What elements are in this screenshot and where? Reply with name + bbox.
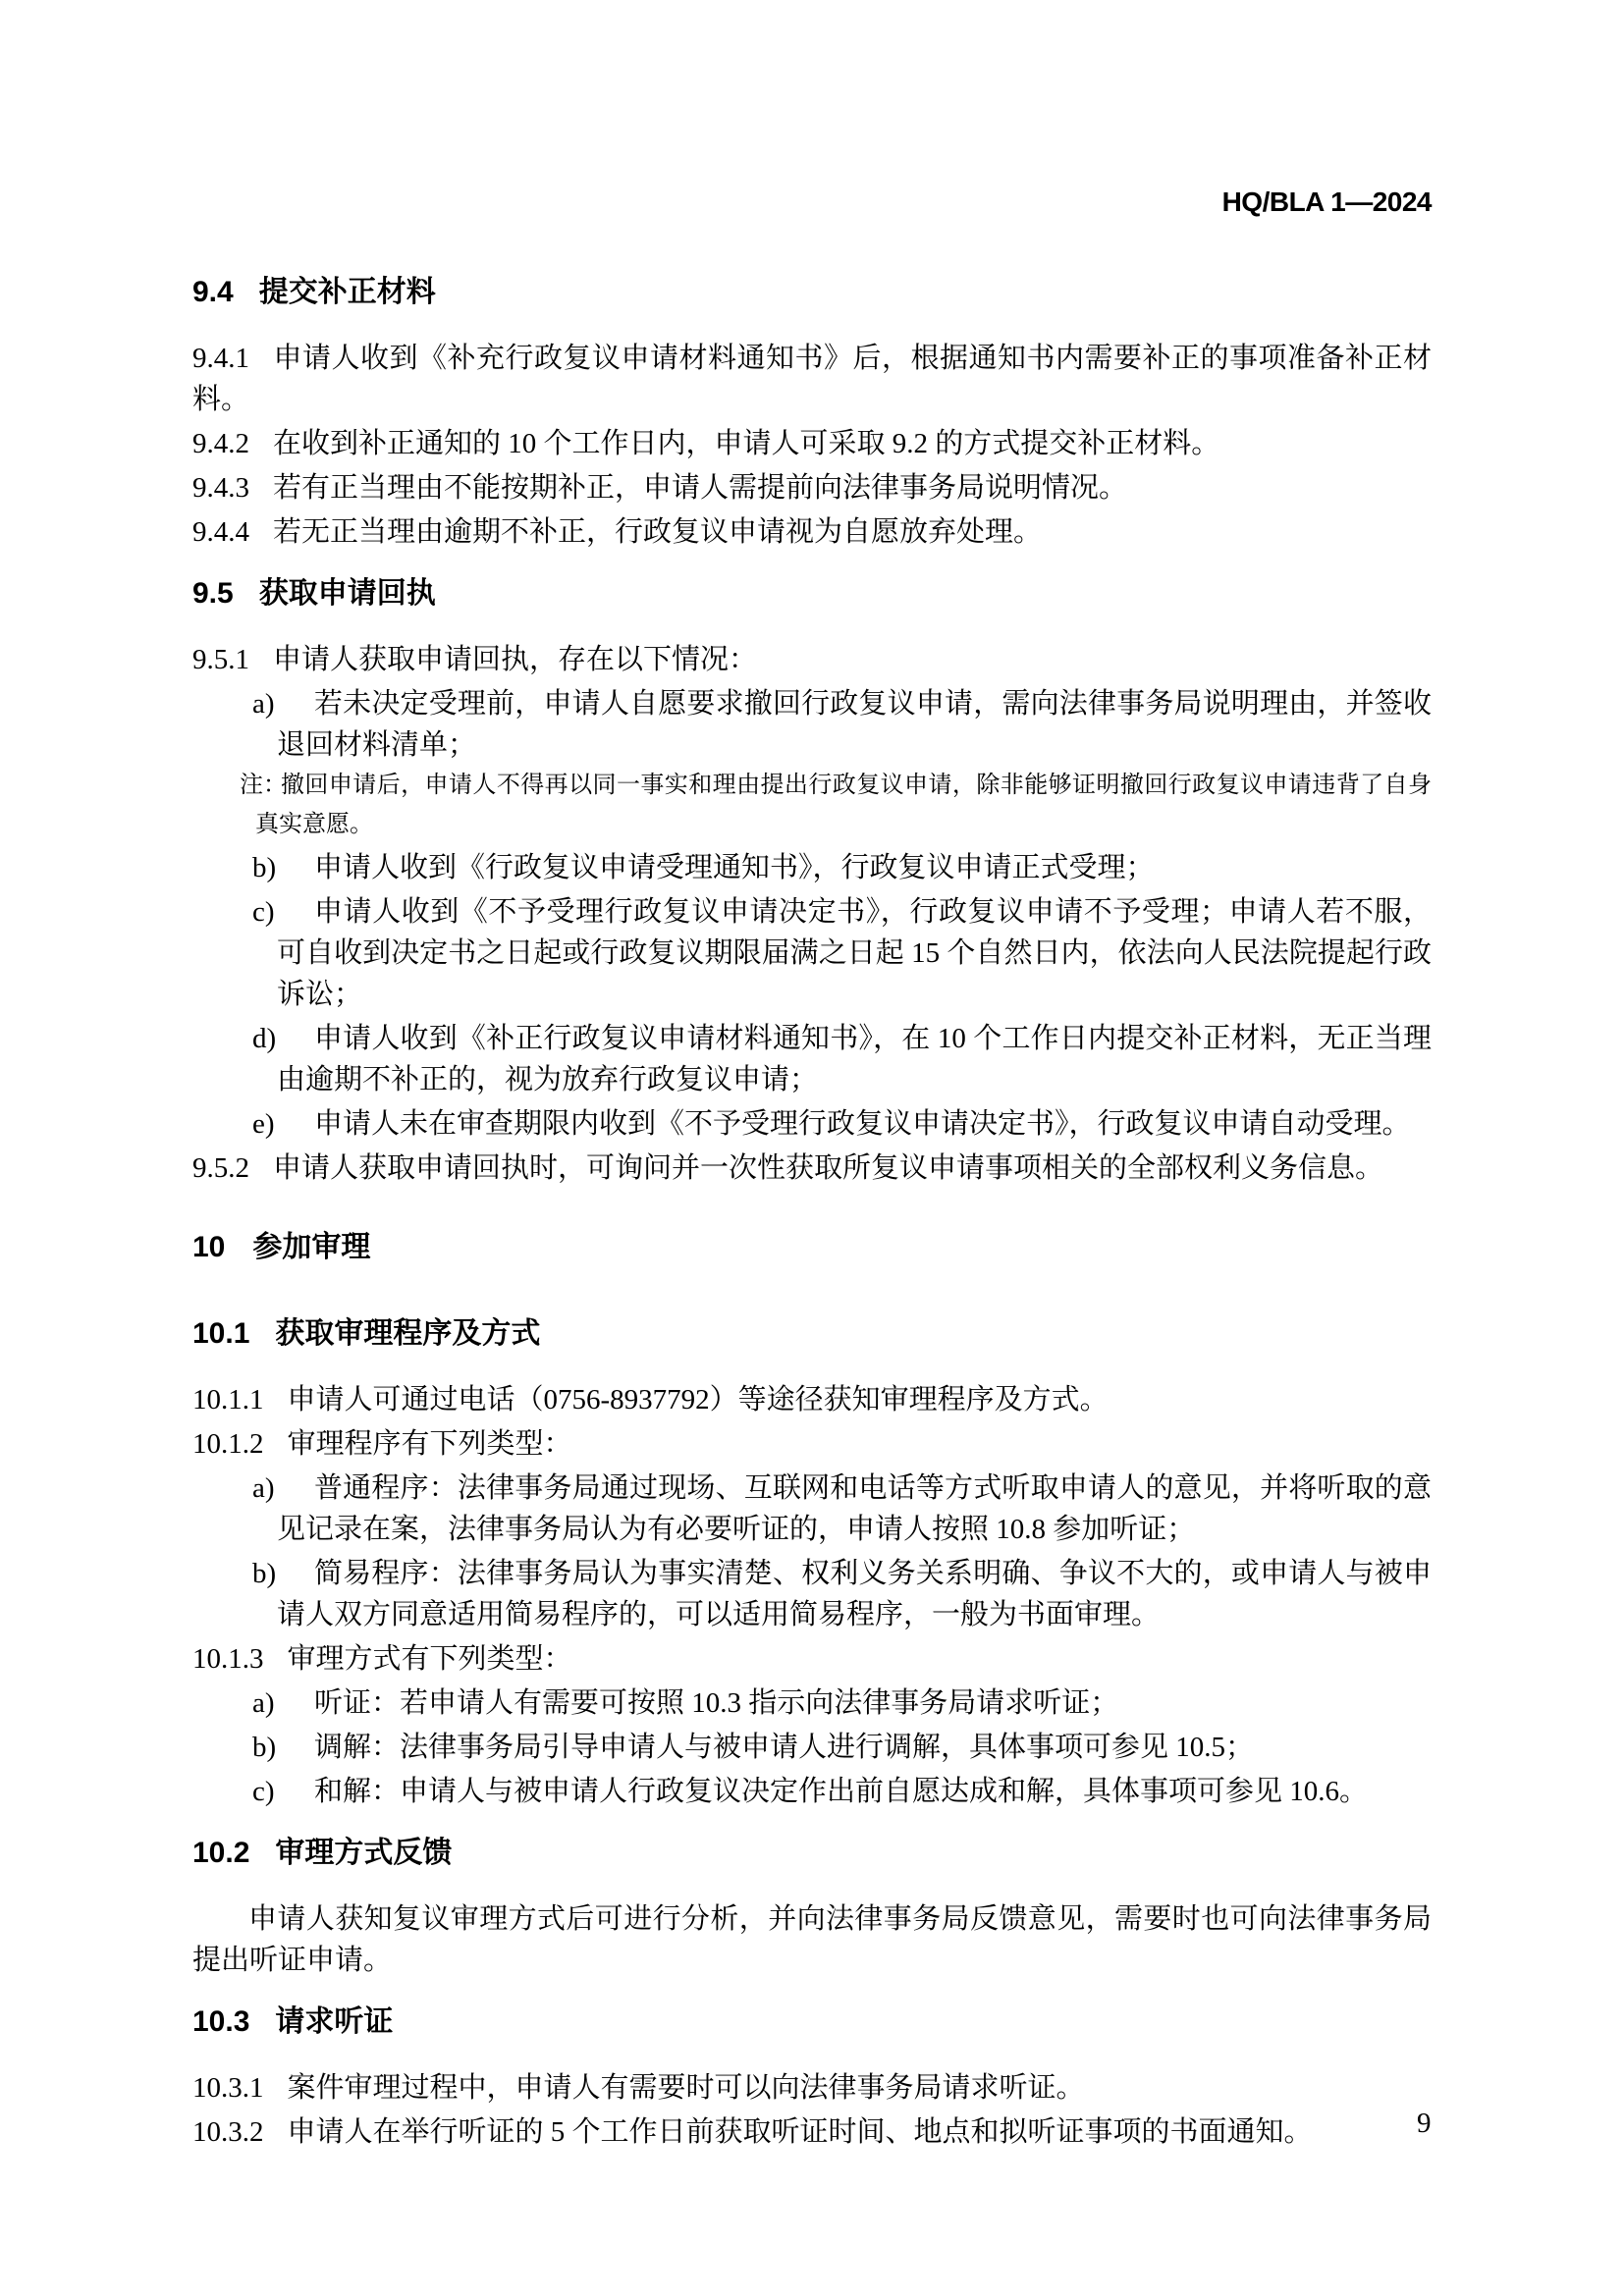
clause-number: 10.1.2 [192, 1428, 264, 1460]
chapter-heading-10: 10参加审理 [192, 1228, 1432, 1267]
clause-heading-10-2: 10.2审理方式反馈 [192, 1834, 1432, 1873]
page-number: 9 [1417, 2107, 1432, 2140]
clause-text: 申请人在举行听证的 5 个工作日前获取听证时间、地点和拟听证事项的书面通知。 [288, 2116, 1313, 2148]
clause-title: 审理方式反馈 [275, 1837, 452, 1869]
clause-number: 10.1.3 [192, 1643, 264, 1675]
list-label: c) [252, 1771, 275, 1812]
clause-10-3-2: 10.3.2申请人在举行听证的 5 个工作日前获取听证时间、地点和拟听证事项的书… [192, 2111, 1432, 2153]
list-text: 普通程序：法律事务局通过现场、互联网和电话等方式听取申请人的意见，并将听取的意见… [277, 1472, 1432, 1545]
list-label: d) [252, 1018, 276, 1059]
list-label: a) [252, 1468, 275, 1509]
paragraph-10-2: 申请人获知复议审理方式后可进行分析，并向法律事务局反馈意见，需要时也可向法律事务… [192, 1898, 1432, 1981]
list-label: c) [252, 891, 275, 933]
clause-number: 10.1.1 [192, 1384, 264, 1415]
clause-9-4-3: 9.4.3若有正当理由不能按期补正，申请人需提前向法律事务局说明情况。 [192, 467, 1432, 508]
list-item-a: a)普通程序：法律事务局通过现场、互联网和电话等方式听取申请人的意见，并将听取的… [192, 1468, 1432, 1550]
list-item-a: a)若未决定受理前，申请人自愿要求撤回行政复议申请，需向法律事务局说明理由，并签… [192, 683, 1432, 766]
clause-number: 10.3.2 [192, 2116, 264, 2148]
list-item-b: b)调解：法律事务局引导申请人与被申请人进行调解，具体事项可参见 10.5； [192, 1727, 1432, 1768]
list-text: 申请人收到《不予受理行政复议申请决定书》，行政复议申请不予受理；申请人若不服，可… [277, 896, 1432, 1010]
clause-title: 请求听证 [275, 2005, 393, 2038]
list-text: 和解：申请人与被申请人行政复议决定作出前自愿达成和解，具体事项可参见 10.6。 [314, 1776, 1368, 1807]
list-item-c: c)申请人收到《不予受理行政复议申请决定书》，行政复议申请不予受理；申请人若不服… [192, 891, 1432, 1015]
clause-9-4-4: 9.4.4若无正当理由逾期不补正，行政复议申请视为自愿放弃处理。 [192, 511, 1432, 553]
clause-number: 9.4.3 [192, 472, 249, 504]
clause-9-4-1: 9.4.1申请人收到《补充行政复议申请材料通知书》后，根据通知书内需要补正的事项… [192, 338, 1432, 420]
list-text: 听证：若申请人有需要可按照 10.3 指示向法律事务局请求听证； [314, 1687, 1118, 1719]
clause-number: 9.4.4 [192, 516, 249, 548]
clause-9-5-2: 9.5.2申请人获取申请回执时，可询问并一次性获取所复议申请事项相关的全部权利义… [192, 1148, 1432, 1189]
document-code-header: HQ/BLA 1—2024 [192, 183, 1432, 222]
list-item-d: d)申请人收到《补正行政复议申请材料通知书》，在 10 个工作日内提交补正材料，… [192, 1018, 1432, 1100]
clause-number: 10.1 [192, 1317, 249, 1350]
list-label: b) [252, 1553, 276, 1594]
clause-heading-10-1: 10.1获取审理程序及方式 [192, 1314, 1432, 1354]
clause-number: 9.5.1 [192, 644, 249, 675]
page-content: HQ/BLA 1—2024 9.4提交补正材料 9.4.1申请人收到《补充行政复… [192, 0, 1432, 2153]
chapter-title: 参加审理 [252, 1231, 370, 1263]
clause-number: 9.4 [192, 276, 234, 308]
list-item-b: b)申请人收到《行政复议申请受理通知书》，行政复议申请正式受理； [192, 847, 1432, 888]
clause-text: 在收到补正通知的 10 个工作日内，申请人可采取 9.2 的方式提交补正材料。 [273, 428, 1219, 459]
clause-number: 9.5.2 [192, 1152, 249, 1184]
clause-heading-9-4: 9.4提交补正材料 [192, 273, 1432, 312]
list-label: b) [252, 847, 276, 888]
list-text: 若未决定受理前，申请人自愿要求撤回行政复议申请，需向法律事务局说明理由，并签收退… [277, 688, 1432, 761]
clause-text: 审理程序有下列类型： [288, 1428, 572, 1460]
clause-text: 若有正当理由不能按期补正，申请人需提前向法律事务局说明情况。 [273, 472, 1127, 504]
clause-text: 审理方式有下列类型： [288, 1643, 572, 1675]
clause-10-1-1: 10.1.1申请人可通过电话（0756-8937792）等途径获知审理程序及方式… [192, 1379, 1432, 1420]
clause-title: 获取申请回执 [259, 577, 436, 610]
clause-number: 9.4.1 [192, 343, 249, 374]
list-label: a) [252, 683, 275, 724]
clause-number: 10.3 [192, 2005, 249, 2038]
clause-10-1-2: 10.1.2审理程序有下列类型： [192, 1423, 1432, 1465]
clause-text: 申请人收到《补充行政复议申请材料通知书》后，根据通知书内需要补正的事项准备补正材… [192, 343, 1432, 415]
list-item-e: e)申请人未在审查期限内收到《不予受理行政复议申请决定书》，行政复议申请自动受理… [192, 1103, 1432, 1145]
list-text: 申请人未在审查期限内收到《不予受理行政复议申请决定书》，行政复议申请自动受理。 [314, 1108, 1411, 1140]
clause-9-4-2: 9.4.2在收到补正通知的 10 个工作日内，申请人可采取 9.2 的方式提交补… [192, 423, 1432, 464]
list-item-b: b)简易程序：法律事务局认为事实清楚、权利义务关系明确、争议不大的，或申请人与被… [192, 1553, 1432, 1635]
clause-10-1-3: 10.1.3审理方式有下列类型： [192, 1638, 1432, 1680]
clause-title: 提交补正材料 [259, 276, 436, 308]
clause-9-5-1: 9.5.1申请人获取申请回执，存在以下情况： [192, 639, 1432, 680]
clause-text: 申请人获取申请回执，存在以下情况： [273, 644, 757, 675]
note-paragraph: 注：撤回申请后，申请人不得再以同一事实和理由提出行政复议申请，除非能够证明撤回行… [192, 766, 1432, 844]
clause-title: 获取审理程序及方式 [275, 1317, 540, 1350]
clause-text: 申请人可通过电话（0756-8937792）等途径获知审理程序及方式。 [288, 1384, 1109, 1415]
clause-number: 10.3.1 [192, 2072, 264, 2104]
clause-heading-10-3: 10.3请求听证 [192, 2002, 1432, 2042]
list-item-c: c)和解：申请人与被申请人行政复议决定作出前自愿达成和解，具体事项可参见 10.… [192, 1771, 1432, 1812]
list-text: 申请人收到《补正行政复议申请材料通知书》，在 10 个工作日内提交补正材料，无正… [277, 1023, 1432, 1095]
clause-text: 申请人获取申请回执时，可询问并一次性获取所复议申请事项相关的全部权利义务信息。 [273, 1152, 1383, 1184]
clause-number: 10.2 [192, 1837, 249, 1869]
clause-10-3-1: 10.3.1案件审理过程中，申请人有需要时可以向法律事务局请求听证。 [192, 2067, 1432, 2109]
clause-heading-9-5: 9.5获取申请回执 [192, 574, 1432, 614]
note-text: 撤回申请后，申请人不得再以同一事实和理由提出行政复议申请，除非能够证明撤回行政复… [255, 773, 1432, 837]
list-text: 简易程序：法律事务局认为事实清楚、权利义务关系明确、争议不大的，或申请人与被申请… [277, 1558, 1432, 1630]
list-text: 调解：法律事务局引导申请人与被申请人进行调解，具体事项可参见 10.5； [314, 1732, 1254, 1763]
list-label: e) [252, 1103, 275, 1145]
clause-number: 9.4.2 [192, 428, 249, 459]
document-page: HQ/BLA 1—2024 9.4提交补正材料 9.4.1申请人收到《补充行政复… [0, 0, 1624, 2296]
list-text: 申请人收到《行政复议申请受理通知书》，行政复议申请正式受理； [314, 852, 1155, 883]
list-label: b) [252, 1727, 276, 1768]
list-label: a) [252, 1682, 275, 1724]
note-label: 注： [240, 766, 287, 805]
clause-number: 9.5 [192, 577, 234, 610]
chapter-number: 10 [192, 1231, 225, 1263]
list-item-a: a)听证：若申请人有需要可按照 10.3 指示向法律事务局请求听证； [192, 1682, 1432, 1724]
clause-text: 若无正当理由逾期不补正，行政复议申请视为自愿放弃处理。 [273, 516, 1042, 548]
clause-text: 案件审理过程中，申请人有需要时可以向法律事务局请求听证。 [288, 2072, 1085, 2104]
